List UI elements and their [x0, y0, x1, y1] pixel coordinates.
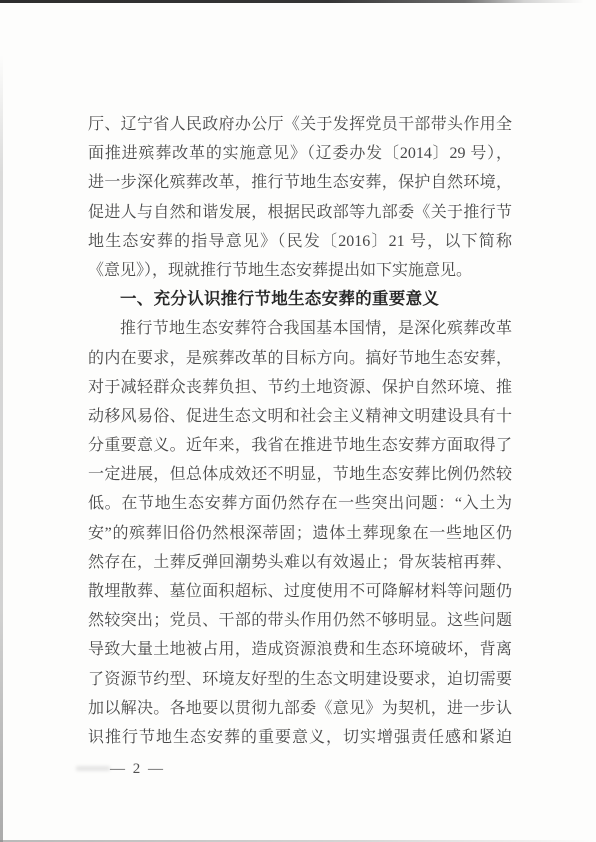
text-line: 促进人与自然和谐发展，根据民政部等九部委《关于推行节: [88, 198, 512, 227]
scan-edge-left: [0, 55, 3, 842]
scan-smudge: [76, 766, 110, 771]
text-line: 了资源节约型、环境友好型的生态文明建设要求，迫切需要: [88, 665, 512, 694]
document-page: 厅、辽宁省人民政府办公厅《关于发挥党员干部带头作用全面推进殡葬改革的实施意见》（…: [0, 0, 596, 842]
document-body: 厅、辽宁省人民政府办公厅《关于发挥党员干部带头作用全面推进殡葬改革的实施意见》（…: [88, 110, 512, 752]
text-line: 的内在要求，是殡葬改革的目标方向。搞好节地生态安葬，: [88, 344, 512, 373]
text-line: 低。在节地生态安葬方面仍然存在一些突出问题：“入土为: [88, 489, 512, 518]
text-line: 地生态安葬的指导意见》（民发〔2016〕21 号，以下简称: [88, 227, 512, 256]
text-line: 然较突出；党员、干部的带头作用仍然不够明显。这些问题: [88, 606, 512, 635]
text-line: 进一步深化殡葬改革，推行节地生态安葬，保护自然环境，: [88, 168, 512, 197]
text-line: 安”的殡葬旧俗仍然根深蒂固；遗体土葬现象在一些地区仍: [88, 519, 512, 548]
text-line: 分重要意义。近年来，我省在推进节地生态安葬方面取得了: [88, 431, 512, 460]
text-line: 厅、辽宁省人民政府办公厅《关于发挥党员干部带头作用全: [88, 110, 512, 139]
text-line: 散埋散葬、墓位面积超标、过度使用不可降解材料等问题仍: [88, 577, 512, 606]
text-line: 加以解决。各地要以贯彻九部委《意见》为契机，进一步认: [88, 694, 512, 723]
page-number: — 2 —: [110, 761, 165, 778]
text-line: 对于减轻群众丧葬负担、节约土地资源、保护自然环境、推: [88, 373, 512, 402]
scan-edge-top: [0, 0, 596, 3]
text-line: 然存在，土葬反弹回潮势头难以有效遏止；骨灰装棺再葬、: [88, 548, 512, 577]
text-line: 导致大量土地被占用，造成资源浪费和生态环境破坏，背离: [88, 635, 512, 664]
text-line: 《意见》），现就推行节地生态安葬提出如下实施意见。: [88, 256, 512, 285]
text-line: 识推行节地生态安葬的重要意义，切实增强责任感和紧迫: [88, 723, 512, 752]
text-line: 面推进殡葬改革的实施意见》（辽委办发〔2014〕29 号），: [88, 139, 512, 168]
text-line: 一定进展，但总体成效还不明显，节地生态安葬比例仍然较: [88, 460, 512, 489]
section-1-heading: 一、充分认识推行节地生态安葬的重要意义: [88, 285, 512, 314]
text-line: 动移风易俗、促进生态文明和社会主义精神文明建设具有十: [88, 402, 512, 431]
text-line: 推行节地生态安葬符合我国基本国情，是深化殡葬改革: [88, 314, 512, 343]
